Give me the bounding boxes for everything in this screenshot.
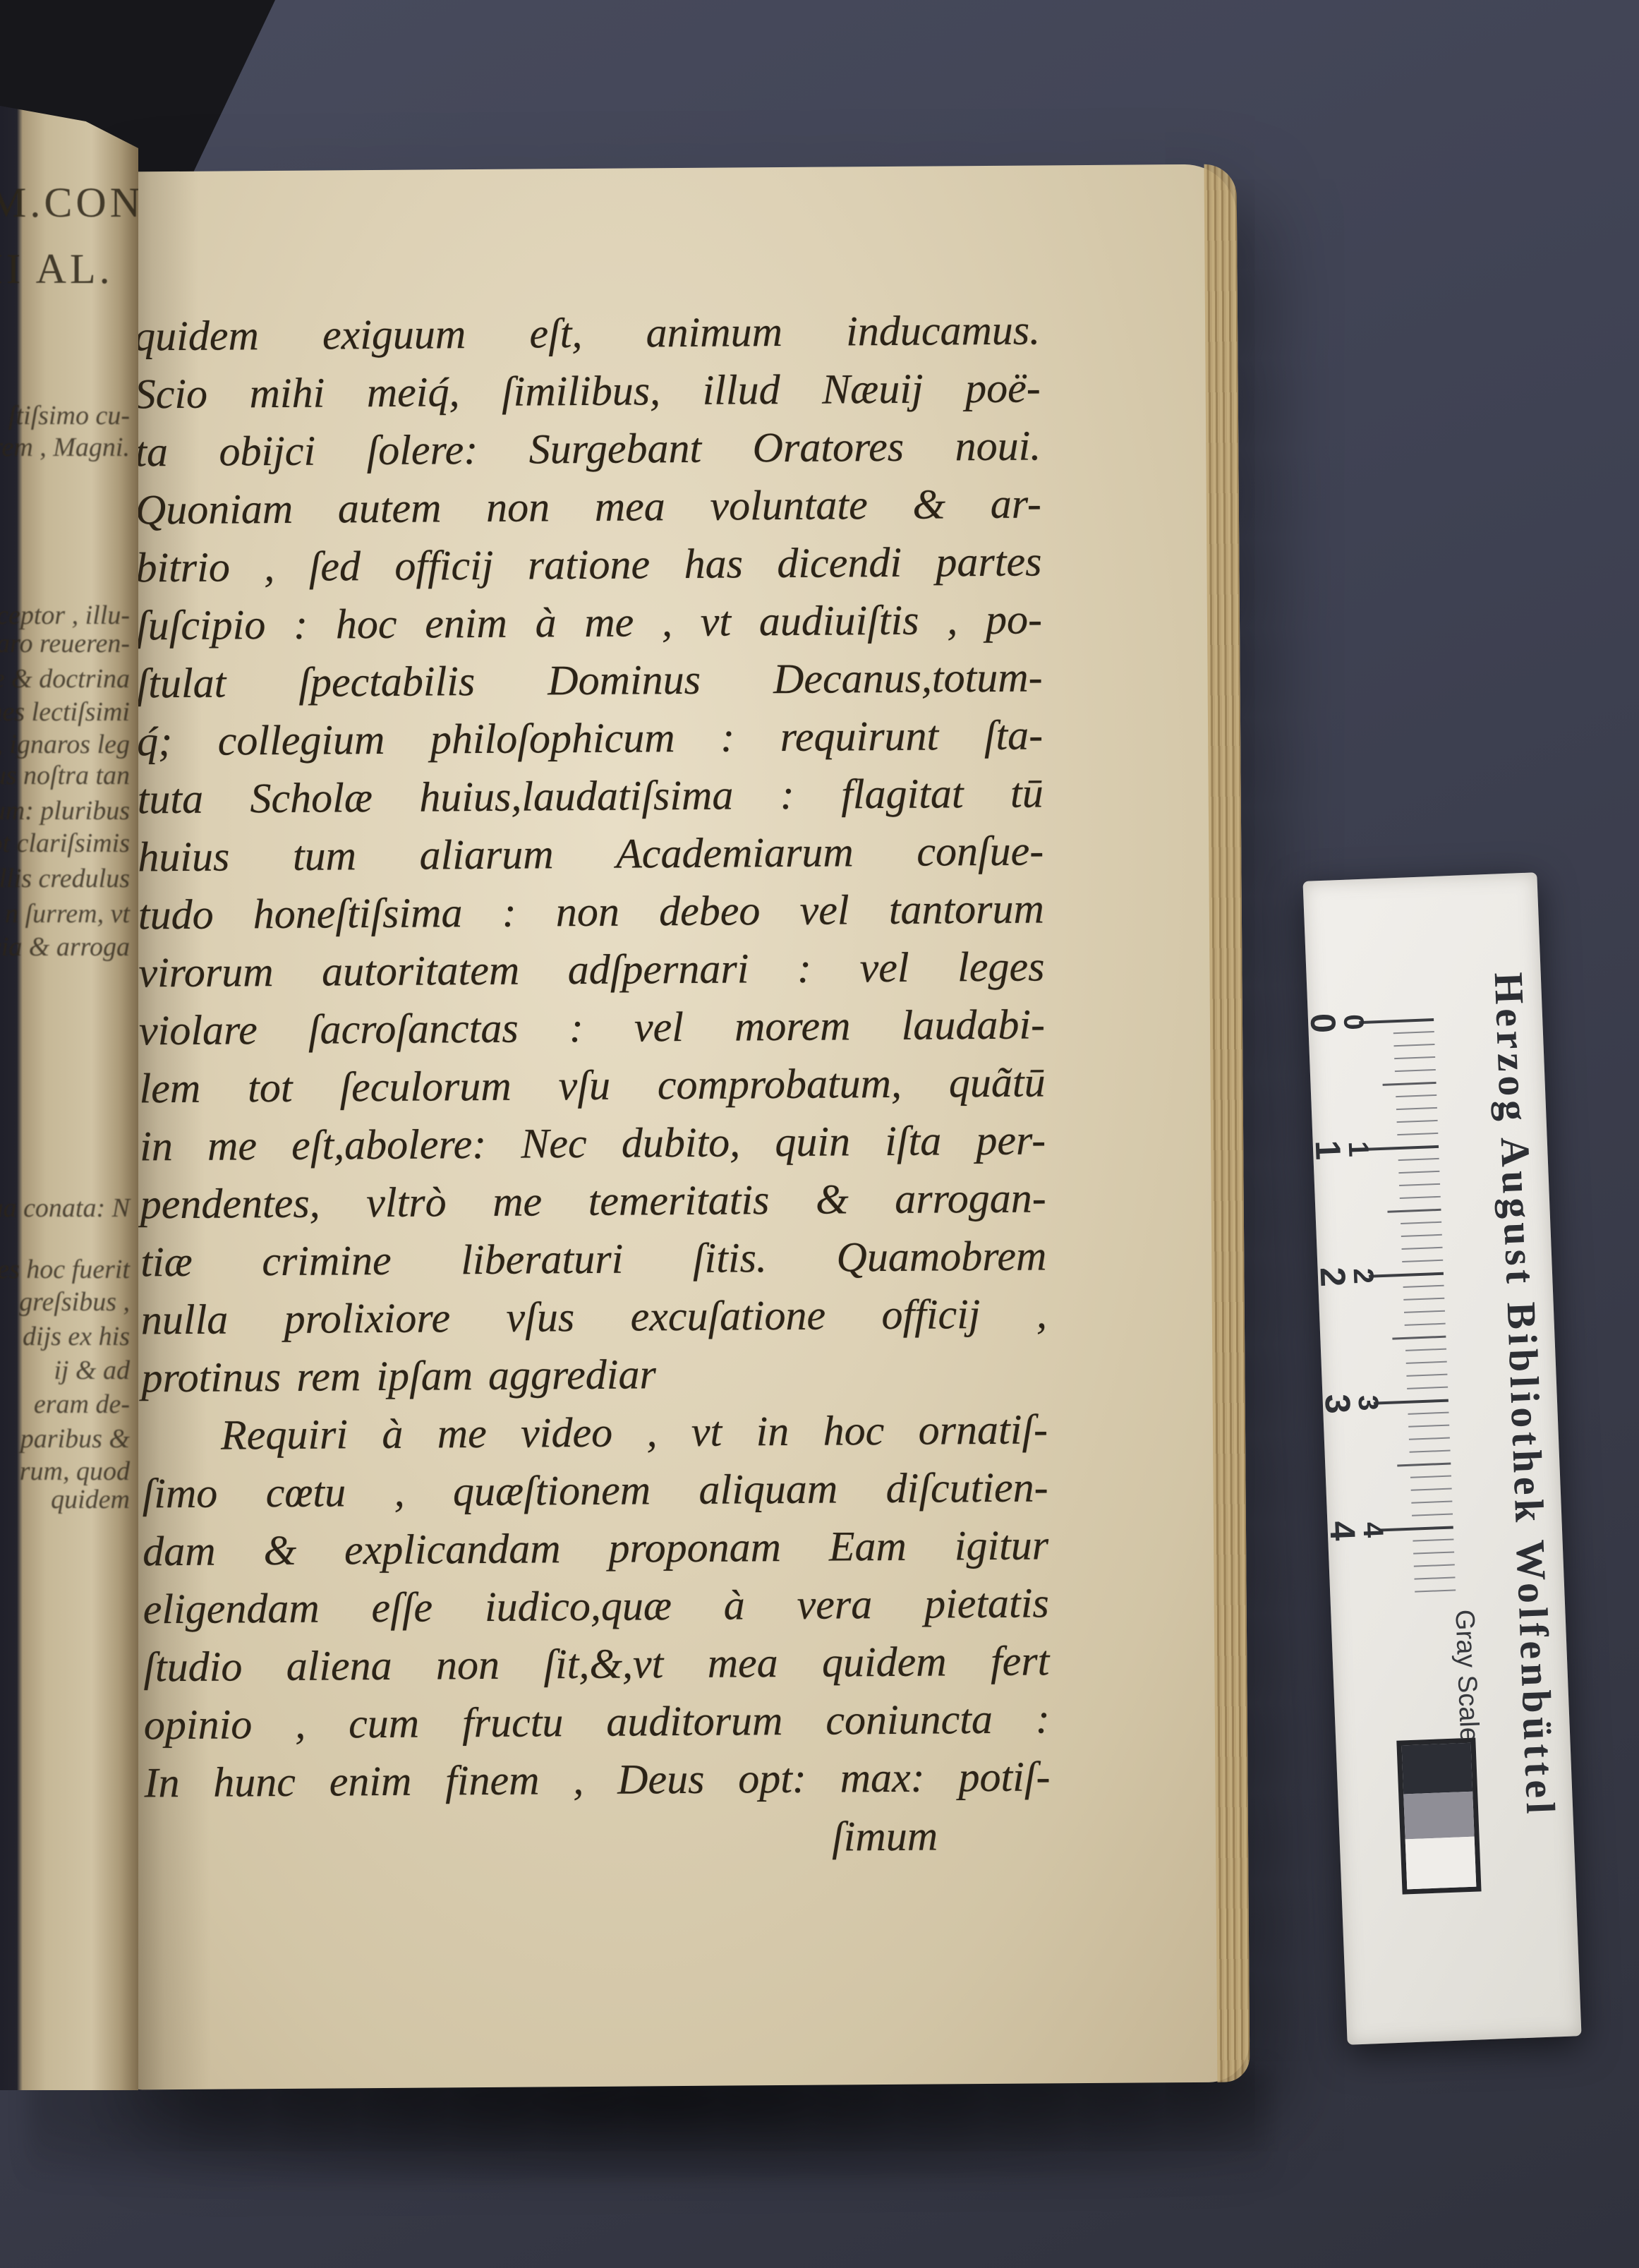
left-page-fragment: greſsibus , — [19, 1286, 130, 1317]
ruler-tick — [1407, 1387, 1448, 1389]
ruler-tick — [1400, 1196, 1441, 1199]
text-line: ſuſcipio : hoc enim à me , vt audiuiſtis… — [136, 590, 1043, 654]
ruler-tick — [1408, 1412, 1449, 1415]
ruler-tick — [1396, 1107, 1437, 1110]
ruler-tick — [1398, 1158, 1439, 1161]
text-line: nulla prolixiore vſus excuſatione offici… — [141, 1284, 1048, 1349]
text-line: bitrio , ſed officij ratione has dicendi… — [135, 532, 1042, 596]
ruler-tick — [1414, 1576, 1455, 1579]
ruler-tick — [1383, 1082, 1437, 1086]
left-page-fragment: rem , Magni. — [0, 432, 130, 463]
ruler-number: 4 — [1324, 1521, 1360, 1542]
text-line: in me eſt,abolere: Nec dubito, quin iſta… — [140, 1111, 1046, 1175]
text-line: quidem exiguum eſt, animum inducamus. — [134, 301, 1041, 365]
text-line: tiæ crimine liberaturi ſitis. Quamobrem — [140, 1226, 1047, 1291]
text-line: tuta Scholæ huius,laudatiſsima : flagita… — [137, 764, 1044, 828]
ruler-tick — [1410, 1450, 1451, 1453]
text-line: ſimo cœtu , quæſtionem aliquam diſcutien… — [142, 1458, 1048, 1522]
text-line: Scio mihi meiq́, ſimilibus, illud Næuij … — [134, 358, 1041, 423]
text-line: Quoniam autem non mea voluntate & ar- — [135, 474, 1042, 538]
left-page-fragment: ceptor , illu- — [0, 600, 130, 631]
ruler-tick — [1406, 1361, 1447, 1364]
left-page-fragment: m illis credulus — [0, 863, 130, 894]
ruler-number: 0 — [1339, 1014, 1368, 1031]
text-line: protinus rem ipſam aggrediar — [141, 1342, 1048, 1406]
text-line: tudo honeſtiſsima : non debeo vel tantor… — [138, 879, 1045, 943]
ruler-number: 1 — [1310, 1140, 1346, 1161]
text-line: Requiri à me video , vt in hoc ornatiſ- — [142, 1400, 1048, 1464]
ruler-number: 1 — [1344, 1140, 1373, 1157]
text-line: ſtulat ſpectabilis Dominus Decanus,totum… — [136, 648, 1043, 712]
ruler-tick — [1397, 1133, 1438, 1135]
ruler-number: 3 — [1319, 1394, 1355, 1415]
book-scan-photo: { "scan": { "page_text": { "lines": [ "q… — [0, 0, 1639, 2268]
library-ruler-card: Herzog August Bibliothek Wolfenbüttel 00… — [1302, 872, 1581, 2045]
ruler-tick — [1405, 1349, 1446, 1351]
ruler-tick — [1393, 1031, 1434, 1034]
text-line: dam & explicandam proponam Eam igitur — [143, 1516, 1049, 1580]
left-page-fragment: ſtiſsimo cu- — [8, 400, 130, 431]
ruler-tick — [1399, 1183, 1440, 1186]
left-page-fragment: nes lectiſsimi — [0, 696, 130, 728]
ruler-number: 0 — [1305, 1013, 1341, 1034]
ruler-tick — [1413, 1538, 1453, 1541]
ruler-tick — [1395, 1069, 1436, 1072]
left-page-fragment: ij & ad — [54, 1355, 130, 1386]
left-page-heading: M.CON. — [0, 179, 158, 227]
ruler-tick — [1409, 1437, 1450, 1440]
left-page-heading: II AL. — [0, 245, 114, 294]
ruler-tick — [1410, 1476, 1451, 1478]
ruler-tick — [1406, 1374, 1447, 1377]
ruler-tick — [1403, 1285, 1444, 1288]
left-page-fragment: n ſurrem, vt — [5, 898, 130, 929]
left-page-fragment: rum: pluribus — [0, 795, 130, 826]
ruler-tick — [1364, 1145, 1439, 1151]
gray-scale-patch — [1396, 1737, 1481, 1894]
page-stack-edge — [1204, 164, 1250, 2082]
ruler-tick — [1413, 1551, 1454, 1554]
catchword: ſimum — [145, 1805, 1051, 1871]
gray-patch-white — [1405, 1836, 1477, 1889]
ruler-tick — [1387, 1209, 1441, 1213]
ruler-tick — [1412, 1513, 1453, 1516]
left-page-fragment: es hoc fuerit — [0, 1254, 130, 1285]
ruler-tick — [1374, 1399, 1449, 1405]
left-page-fragment: ſe Baro reueren- — [0, 628, 130, 659]
ruler-tick — [1405, 1323, 1446, 1326]
ruler-tick — [1394, 1056, 1435, 1059]
left-page-fragment: ua conata: N — [0, 1193, 130, 1224]
ruler-tick — [1369, 1272, 1444, 1278]
left-page-fragment: paribus & — [20, 1423, 130, 1454]
text-line: q́; collegium philoſophicum : requirunt … — [137, 706, 1044, 770]
page-text-block: quidem exiguum eſt, animum inducamus. Sc… — [134, 301, 1051, 1871]
text-line: ta obijci ſolere: Surgebant Oratores nou… — [135, 416, 1041, 481]
ruler-tick — [1396, 1094, 1437, 1097]
ruler-tick — [1408, 1425, 1449, 1428]
text-line: ſtudio aliena non ſit,&,vt mea quidem fe… — [143, 1631, 1050, 1696]
ruler-tick — [1392, 1336, 1446, 1340]
ruler-tick — [1401, 1234, 1442, 1237]
text-line: In hunc enim finem , Deus opt: max: poti… — [144, 1747, 1051, 1811]
ruler-number: 2 — [1349, 1267, 1378, 1284]
left-page-fragment: encia & arroga — [0, 931, 130, 963]
gray-patch-black — [1402, 1743, 1473, 1795]
ruler-tick — [1411, 1488, 1452, 1491]
left-page-fragment: rum, quod — [20, 1456, 130, 1487]
left-page-fragment: tate & doctrina — [0, 663, 130, 694]
left-page-fragment: quidem — [51, 1484, 130, 1515]
gray-scale-label: Gray Scale — [1448, 1609, 1485, 1737]
gray-patch-gray — [1403, 1792, 1474, 1839]
ruler-tick — [1379, 1526, 1453, 1531]
previous-page-edge: M.CON. II AL. ſtiſsimo cu- rem , Magni. … — [0, 106, 138, 2090]
ruler-tick — [1415, 1589, 1456, 1592]
institution-name: Herzog August Bibliothek Wolfenbüttel — [1483, 972, 1574, 2016]
left-page-fragment: dot clariſsimis — [0, 828, 130, 859]
text-line: lem tot ſeculorum vſu comprobatum, quãtū — [139, 1053, 1046, 1117]
text-line: eligendam eſſe iudico,quæ à vera pietati… — [143, 1574, 1049, 1638]
ruler-number: 4 — [1358, 1521, 1387, 1538]
text-line: violare ſacroſanctas : vel morem laudabi… — [139, 995, 1046, 1059]
ruler-tick — [1397, 1120, 1438, 1123]
ruler-number: 3 — [1353, 1394, 1382, 1411]
left-page-fragment: m , ignaros leg — [0, 729, 130, 760]
ruler-tick — [1404, 1310, 1445, 1313]
ruler-number: 2 — [1314, 1267, 1350, 1288]
ruler-tick — [1402, 1260, 1443, 1262]
ruler-tick — [1393, 1044, 1434, 1046]
ruler-tick — [1401, 1222, 1441, 1224]
text-line: virorum autoritatem adſpernari : vel leg… — [138, 937, 1045, 1001]
ruler-tick — [1414, 1564, 1455, 1567]
book-page: quidem exiguum eſt, animum inducamus. Sc… — [114, 164, 1250, 2089]
ruler-tick — [1403, 1298, 1444, 1301]
ruler-tick — [1398, 1171, 1439, 1174]
ruler-tick — [1359, 1018, 1434, 1024]
text-line: opinio , cum fructu auditorum coniuncta … — [144, 1689, 1051, 1754]
ruler-tick — [1402, 1247, 1443, 1250]
left-page-fragment: bus noſtra tan — [0, 760, 130, 791]
left-page-fragment: eram de- — [34, 1389, 130, 1420]
ruler-tick — [1397, 1463, 1451, 1467]
text-line: pendentes, vltrò me temeritatis & arroga… — [140, 1169, 1046, 1233]
text-line: huius tum aliarum Academiarum conſue- — [138, 821, 1044, 886]
left-page-fragment: dijs ex his — [23, 1321, 130, 1352]
ruler-tick — [1411, 1500, 1452, 1503]
ruler-numbers: 0011223344 — [1302, 872, 1537, 881]
